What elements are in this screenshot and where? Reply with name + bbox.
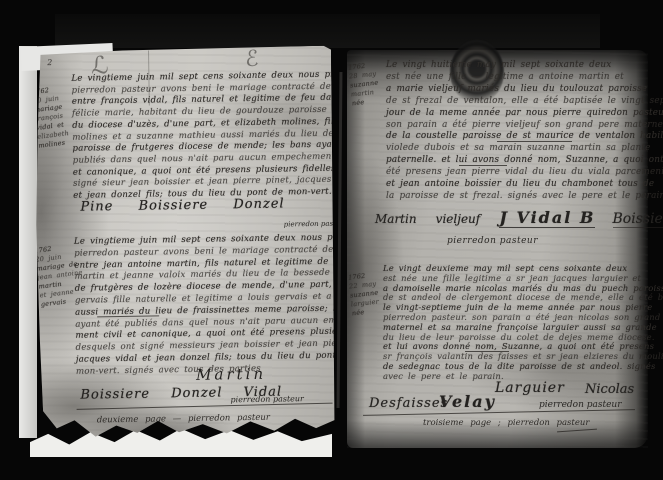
signatures: Martin vieljeuf J Vidal B Boissier D: [375, 208, 663, 228]
binding-shadow: [55, 14, 600, 48]
ink-flourish-line: [557, 429, 597, 433]
manuscript-line: est née une fille — legitime a antoine m…: [386, 72, 663, 84]
manuscript-line: jour de la meme année par nous pierre qu…: [386, 108, 663, 120]
manuscript-line: pierredon pasteur. son parain a été jean…: [383, 313, 663, 323]
ink-flourish: ℰ: [245, 47, 259, 72]
ink-underline: [459, 165, 507, 166]
register-entry: Le vingt huitieme may mil sept soixante …: [386, 60, 663, 203]
signatures: Pine Boissiere Donzel: [80, 196, 284, 214]
signature: vieljeuf: [436, 212, 481, 226]
ink-underline: [465, 351, 509, 352]
signature: Martin: [375, 212, 417, 226]
ink-rule: [77, 403, 333, 410]
scanned-register-spread: 2 ℒ ℰ 176220 juinmariagefrançoisvidal et…: [0, 0, 663, 480]
manuscript-line: de st andeol de clergemont diocese de me…: [383, 293, 663, 303]
manuscript-line: et jean antoine boissier du lieu du cham…: [386, 179, 663, 191]
under-page-edge-left: [19, 46, 37, 438]
signature: Larguier: [495, 380, 565, 396]
manuscript-line: violede dubois et sa marain suzanne mart…: [386, 143, 663, 155]
manuscript-line: est née une fille legitime a sr jean jac…: [383, 274, 663, 284]
left-page: 2 ℒ ℰ 176220 juinmariagefrançoisvidal et…: [33, 46, 337, 439]
manuscript-line: paternelle. et lui avons donné nom, Suza…: [386, 155, 663, 167]
register-entry: Le vingt deuxieme may mil sept cens soix…: [383, 264, 663, 382]
manuscript-line: son parain a été pierre vieljeuf son gra…: [386, 120, 663, 132]
right-page: 176228 maysuzannemartinnée Le vingt huit…: [347, 50, 648, 448]
officiant-signature: pierredon pasteur: [539, 400, 622, 410]
register-entry: Le vingtieme juin mil sept cens soixante…: [74, 232, 393, 379]
manuscript-line: a marie vieljeuf mariés du lieu du toulo…: [386, 84, 663, 96]
page-footer: troisieme page ; pierredon pasteur: [423, 418, 589, 428]
signature: Nicolas: [585, 382, 634, 397]
margin-note: 176222 maysuzannelarguiernée: [348, 271, 381, 319]
manuscript-line: sr françois valantin des faisses et sr j…: [383, 352, 663, 362]
manuscript-line: du lieu de leur paroisse du colet de dej…: [383, 333, 663, 343]
signature: Velay: [439, 392, 496, 411]
margin-note: 176228 maysuzannemartinnée: [348, 61, 381, 109]
margin-note: 176220 juinmariagefrançoisvidal etelizab…: [31, 84, 70, 150]
manuscript-line: Le vingt huitieme may mil sept soixante …: [386, 60, 663, 72]
page-number-mark: 2: [47, 58, 52, 67]
manuscript-line: de st frezal de ventalon, elle a été bap…: [386, 96, 663, 108]
spine-page-edges: [337, 72, 343, 408]
ink-underline: [497, 141, 572, 142]
signature: J Vidal B: [499, 208, 595, 228]
officiant-signature: pierredon pasteur: [447, 236, 538, 246]
signature: Desfaisses: [369, 396, 448, 411]
manuscript-line: la paroisse de st frezal. signés avec le…: [386, 191, 663, 203]
signature: Boissier D: [613, 211, 663, 228]
manuscript-line: été presens jean pierre vidal du lieu du…: [386, 167, 663, 179]
signature: Martin: [196, 365, 266, 384]
page-footer: deuxieme page — pierredon pasteur: [97, 413, 270, 426]
